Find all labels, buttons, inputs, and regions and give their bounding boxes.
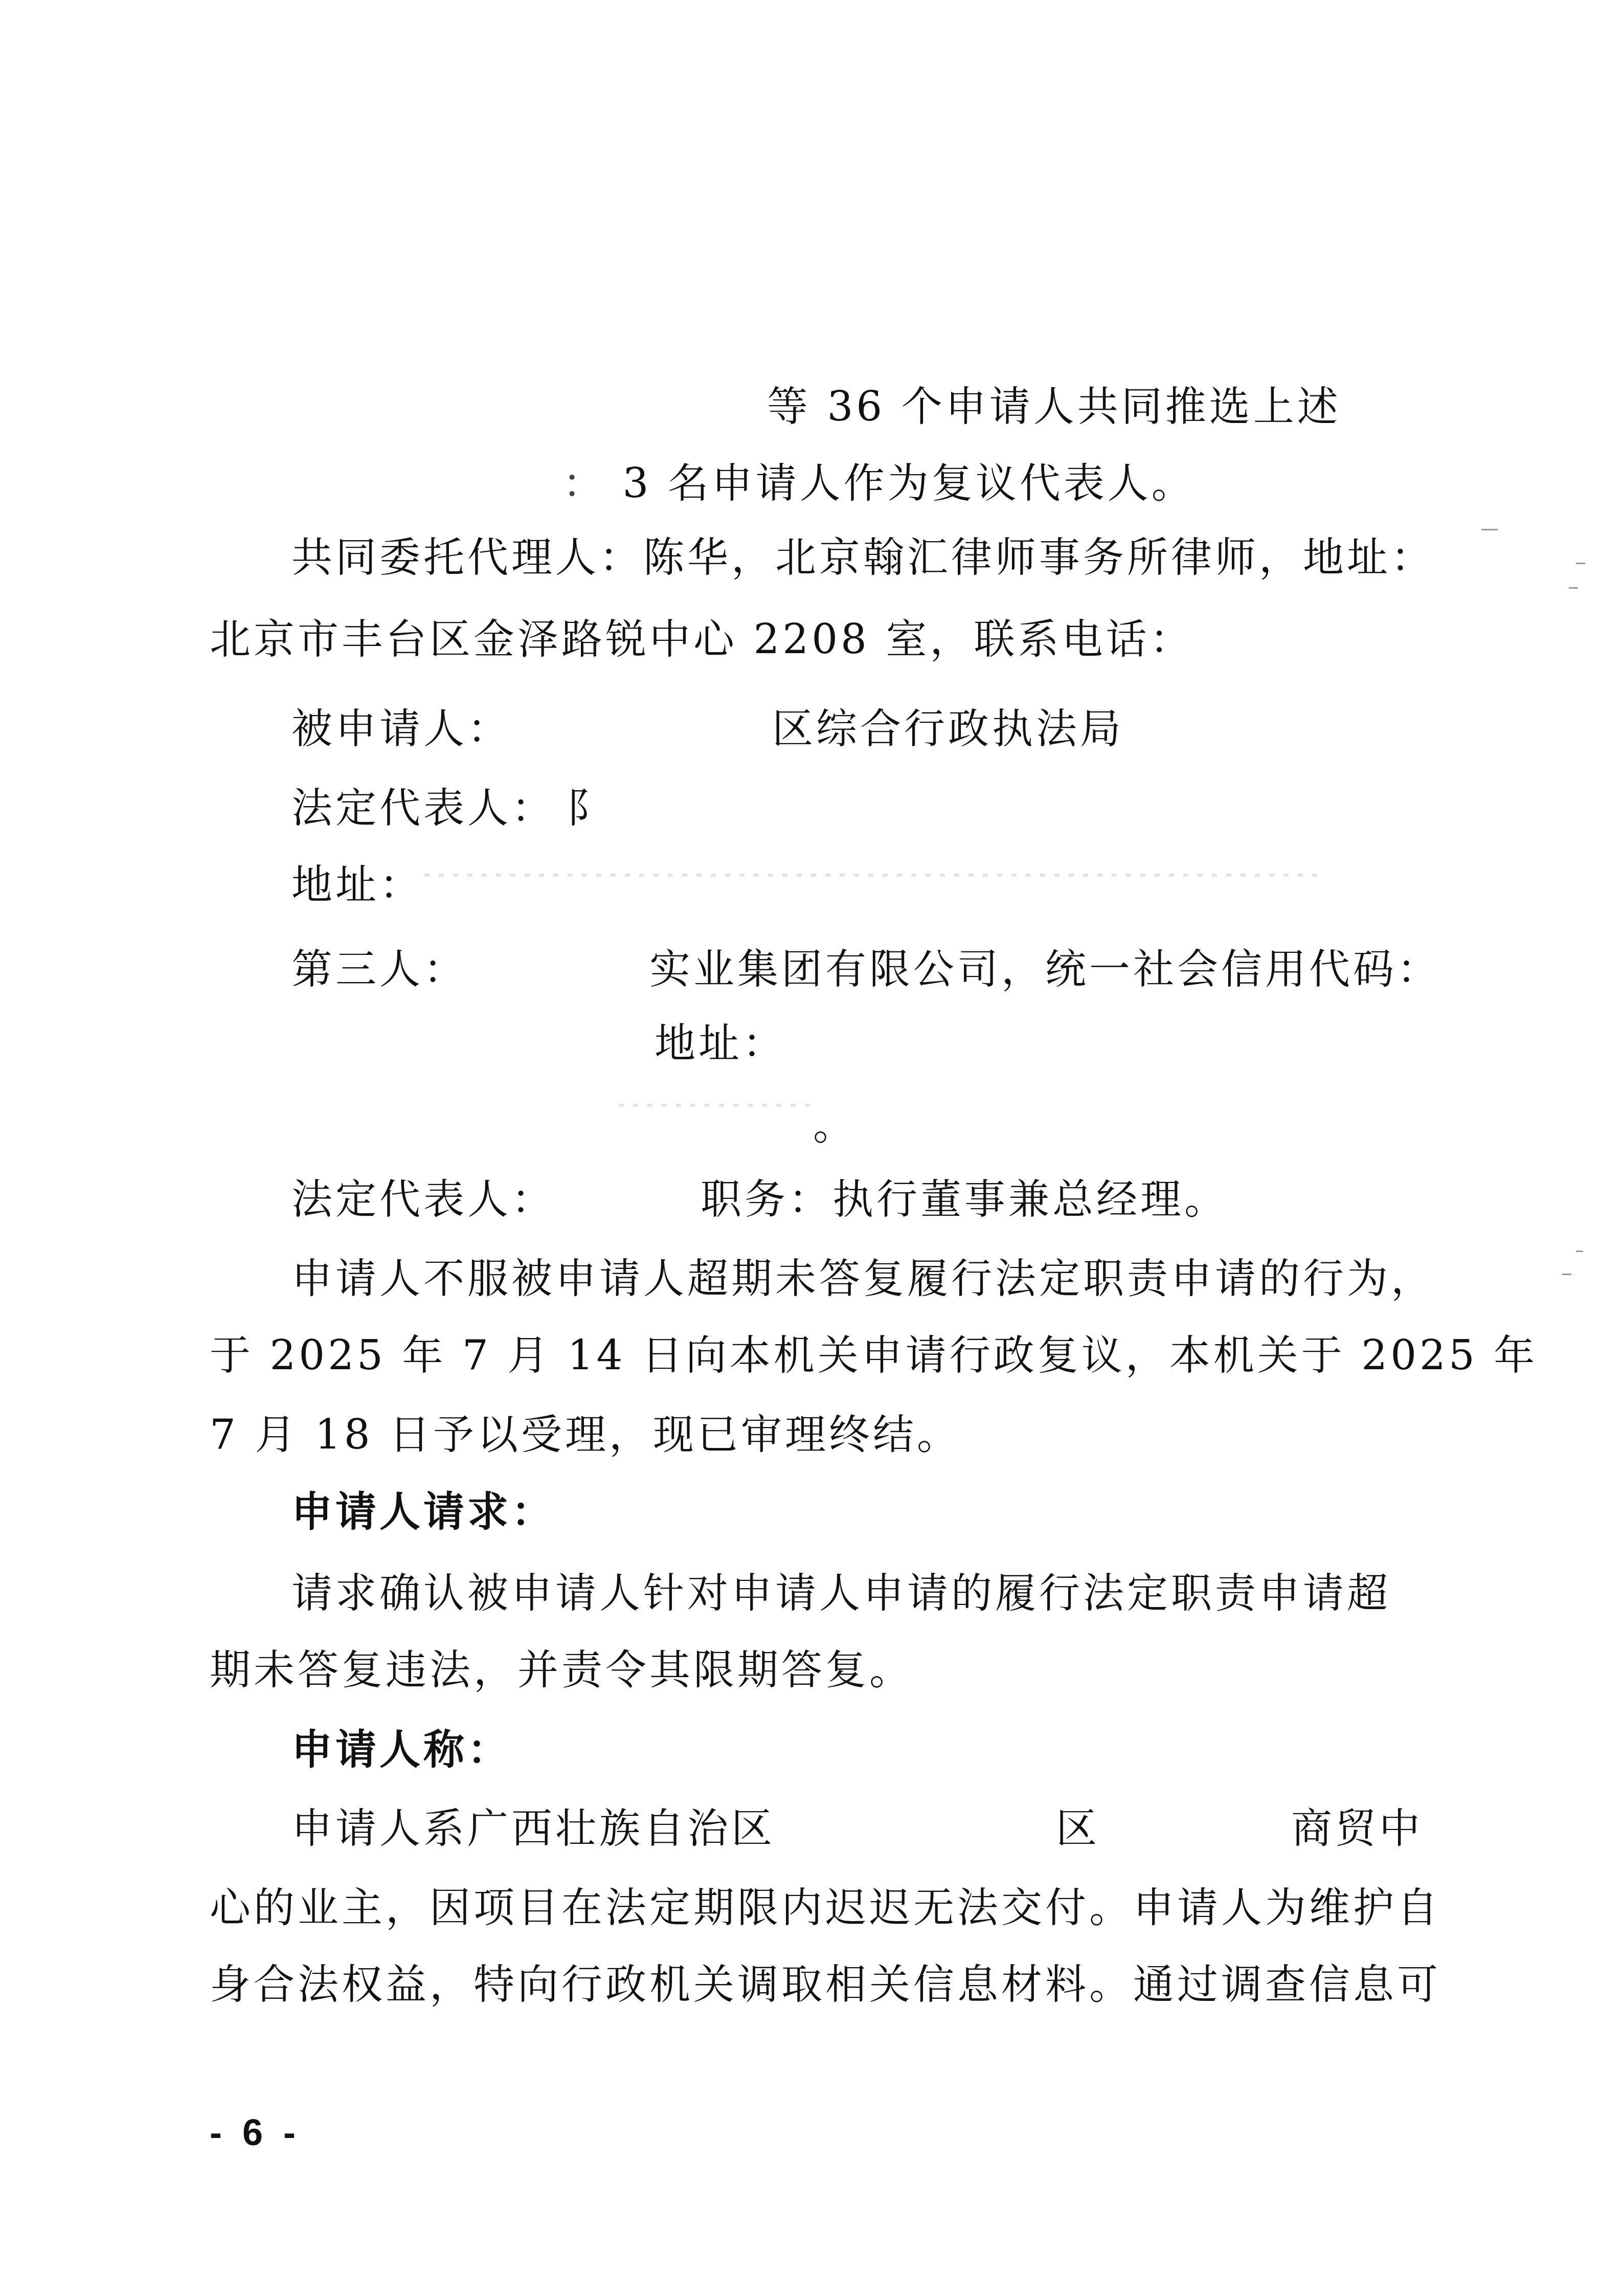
request-text-2: 期未答复违法，并责令其限期答复。 (210, 1646, 913, 1693)
case-summary-3: 7 月 18 日予以受理，现已审理终结。 (210, 1411, 961, 1458)
text-line-12: 申请人不服被申请人超期未答复履行法定职责申请的行为， (291, 1253, 1435, 1304)
text-line-6: 法定代表人： 阝 (291, 783, 610, 834)
text-line-5-value: 区综合行政执法局 (772, 703, 1124, 754)
case-summary-2: 于 2025 年 7 月 14 日向本机关申请行政复议，本机关于 2025 年 (210, 1331, 1538, 1379)
redacted-fragment: ： (562, 459, 606, 507)
representatives-count: 3 名申请人作为复议代表人。 (622, 459, 1195, 507)
request-text-1: 请求确认被申请人针对申请人申请的履行法定职责申请超 (291, 1569, 1391, 1617)
text-line-3: 共同委托代理人：陈华，北京翰汇律师事务所律师，地址： (291, 532, 1435, 583)
text-line-2: ： 3 名申请人作为复议代表人。 (562, 458, 1196, 509)
claims-text-3: 身合法权益，特向行政机关调取相关信息材料。通过调查信息可 (210, 1960, 1441, 2008)
heading-applicant-request: 申请人请求： (291, 1487, 555, 1535)
respondent-name: 区综合行政执法局 (772, 705, 1124, 752)
text-line-19-c: 商贸中 (1291, 1803, 1423, 1854)
text-line-9: 地址： (655, 1018, 786, 1069)
respondent-rep-label: 法定代表人： (291, 784, 555, 832)
address-end-mark: 。 (813, 1101, 857, 1149)
text-line-7: 地址： (291, 859, 423, 910)
claims-text-2: 心的业主，因项目在法定期限内迟迟无法交付。申请人为维护自 (210, 1884, 1441, 1931)
third-party-rep-title: 职务：执行董事兼总经理。 (701, 1175, 1228, 1223)
text-line-8: 第三人： (291, 944, 467, 995)
respondent-address-label: 地址： (291, 861, 423, 908)
redaction-trace (619, 1104, 813, 1107)
document-page: 等 36 个申请人共同推选上述 ： 3 名申请人作为复议代表人。 共同委托代理人… (0, 0, 1623, 2296)
text-line-21: 身合法权益，特向行政机关调取相关信息材料。通过调查信息可 (210, 1959, 1441, 2010)
third-party-address-label: 地址： (655, 1019, 786, 1067)
text-line-20: 心的业主，因项目在法定期限内迟迟无法交付。申请人为维护自 (210, 1882, 1441, 1933)
redaction-trace (424, 874, 1319, 877)
third-party-name: 实业集团有限公司，统一社会信用代码： (649, 945, 1441, 993)
case-summary-1: 申请人不服被申请人超期未答复履行法定职责申请的行为， (291, 1255, 1435, 1302)
text-line-8-value: 实业集团有限公司，统一社会信用代码： (649, 944, 1441, 995)
text-line-19: 申请人系广西壮族自治区 (291, 1803, 775, 1854)
scan-artifact (1576, 563, 1585, 564)
heading-applicant-claims: 申请人称： (291, 1725, 511, 1773)
text-line-17: 期未答复违法，并责令其限期答复。 (210, 1644, 913, 1696)
scan-artifact (1576, 1251, 1583, 1252)
representatives-intro: 等 36 个申请人共同推选上述 (767, 383, 1341, 430)
agent-info: 共同委托代理人：陈华，北京翰汇律师事务所律师，地址： (291, 533, 1435, 581)
redacted-fragment: 阝 (566, 784, 610, 832)
text-line-1: 等 36 个申请人共同推选上述 (767, 381, 1341, 432)
text-line-14: 7 月 18 日予以受理，现已审理终结。 (210, 1409, 961, 1460)
third-party-rep-label: 法定代表人： (291, 1175, 555, 1223)
page-number: - 6 - (210, 2107, 301, 2158)
scan-artifact (1481, 529, 1498, 530)
text-line-10: 。 (813, 1100, 857, 1151)
text-line-13: 于 2025 年 7 月 14 日向本机关申请行政复议，本机关于 2025 年 (210, 1330, 1538, 1381)
claims-text-1c: 商贸中 (1291, 1804, 1423, 1852)
section-heading-claims: 申请人称： (291, 1724, 511, 1775)
third-party-label: 第三人： (291, 945, 467, 993)
claims-text-1b: 区 (1056, 1804, 1100, 1852)
text-line-16: 请求确认被申请人针对申请人申请的履行法定职责申请超 (291, 1568, 1391, 1619)
text-line-19-b: 区 (1056, 1803, 1100, 1854)
respondent-label: 被申请人： (291, 705, 511, 752)
section-heading-request: 申请人请求： (291, 1486, 555, 1537)
claims-text-1a: 申请人系广西壮族自治区 (291, 1804, 775, 1852)
scan-artifact (1562, 1274, 1571, 1275)
agent-address: 北京市丰台区金泽路锐中心 2208 室，联系电话： (210, 615, 1193, 663)
scan-artifact (1569, 587, 1578, 589)
text-line-4: 北京市丰台区金泽路锐中心 2208 室，联系电话： (210, 614, 1193, 665)
text-line-11: 法定代表人： (291, 1174, 555, 1225)
text-line-5: 被申请人： (291, 703, 511, 754)
text-line-11-value: 职务：执行董事兼总经理。 (701, 1174, 1228, 1225)
